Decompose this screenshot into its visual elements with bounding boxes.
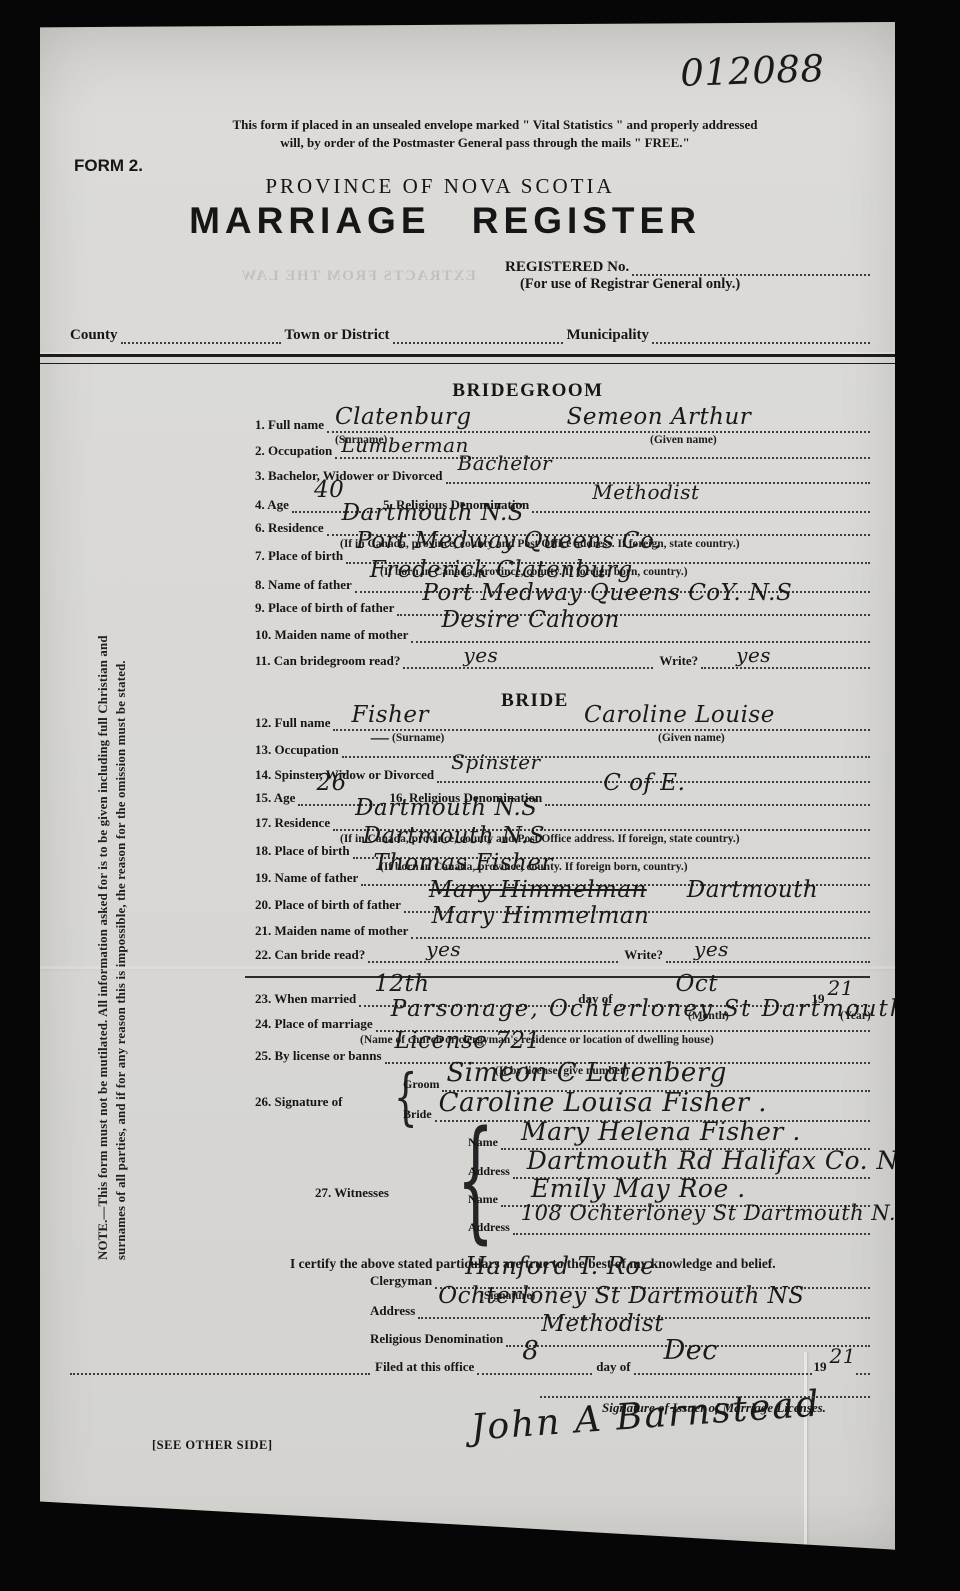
registered-no-label: REGISTERED No. (505, 259, 632, 276)
field-label: 9. Place of birth of father (255, 600, 397, 616)
year-prefix: 19 (812, 1359, 830, 1375)
handwritten-value: yes (736, 645, 771, 665)
filed-month: Dec (664, 1337, 718, 1364)
field-label: 2. Occupation (255, 443, 335, 459)
page-title: MARRIAGE REGISTER (189, 200, 701, 242)
municipality-label: Municipality (563, 327, 653, 344)
handwritten-value: Port Medway Queens CoY. N.S (422, 582, 792, 605)
province-heading: PROVINCE OF NOVA SCOTIA (265, 174, 614, 199)
handwritten-value: yes (463, 645, 498, 665)
handwritten-value: Dartmouth N.S (355, 797, 537, 820)
handwritten-value: Port Medway Queens Co. (356, 530, 662, 553)
county-label: County (70, 327, 121, 344)
field-label: Write? (618, 947, 666, 963)
handwritten-value: 40 (314, 479, 344, 502)
groom-label: Groom (403, 1077, 442, 1092)
field-label: 4. Age (255, 497, 292, 513)
field-label: 3. Bachelor, Widower or Divorced (255, 468, 446, 484)
registrar-only-note: (For use of Registrar General only.) (520, 276, 740, 293)
handwritten-value: Semeon Arthur (567, 406, 752, 429)
field-label: 1. Full name (255, 417, 327, 433)
handwritten-value: yes (694, 939, 729, 959)
field-label: 7. Place of birth (255, 548, 346, 564)
field-label: 20. Place of birth of father (255, 897, 404, 913)
issuer-caption: Signature of Issuer of Marriage Licenses… (602, 1400, 826, 1416)
form-number: FORM 2. (74, 156, 143, 176)
field-label: 6. Residence (255, 520, 327, 536)
field-label: 21. Maiden name of mother (255, 923, 411, 939)
witnesses-label: 27. Witnesses (315, 1185, 389, 1201)
witness-name-label: Name (468, 1135, 501, 1150)
handwritten-value: 26 (316, 772, 346, 795)
clergyman-signature: Hanford T. Roe (465, 1254, 655, 1278)
handwritten-value: Clatenburg (335, 406, 472, 429)
field-label: 22. Can bride read? (255, 947, 368, 963)
issuer-signature-line (540, 1396, 870, 1398)
handwritten-value: Mary Himmelman (431, 905, 649, 928)
serial-number: 012088 (680, 25, 960, 92)
religious-denomination-label: Religious Denomination (370, 1331, 506, 1347)
witness1-name: Mary Helena Fisher . (521, 1119, 801, 1144)
witness2-address: 108 Ochterloney St Dartmouth N.S. (521, 1203, 918, 1224)
witness-name-label: Name (468, 1192, 501, 1207)
field-label: 15. Age (255, 790, 298, 806)
filed-label: Filed at this office (370, 1359, 477, 1375)
handwritten-value-struck: Mary Himmelman (429, 879, 647, 902)
handwritten-value: yes (426, 939, 461, 959)
handwritten-value: Caroline Louise (584, 704, 775, 727)
mailing-note-line2: will, by order of the Postmaster General… (280, 135, 689, 151)
handwritten-value: Lumberman (341, 435, 469, 455)
handwritten-value: Dartmouth N.S (342, 502, 524, 525)
handwritten-value: Thomas Fisher (373, 852, 553, 875)
bridegroom-heading: BRIDEGROOM (452, 380, 603, 402)
handwritten-value: Spinster (451, 752, 540, 772)
handwritten-value: Bachelor (458, 453, 553, 473)
handwritten-value: C of E. (603, 772, 685, 795)
clergyman-label: Clergyman (370, 1273, 435, 1289)
filed-year: 21 (830, 1346, 856, 1366)
field-label: 13. Occupation (255, 742, 342, 758)
handwritten-value: Parsonage, Ochterloney St Dartmouth. N.S (391, 998, 960, 1021)
witness2-name: Emily May Roe . (531, 1176, 746, 1201)
field-label: 12. Full name (255, 715, 333, 731)
field-label: 19. Name of father (255, 870, 361, 886)
witness-address-label: Address (468, 1220, 513, 1235)
field-label: 8. Name of father (255, 577, 355, 593)
field-label: 11. Can bridegroom read? (255, 653, 403, 669)
handwritten-value: Desire Cahoon (441, 609, 619, 632)
section-divider (40, 354, 895, 364)
field-label: 17. Residence (255, 815, 333, 831)
mailing-note-line1: This form if placed in an unsealed envel… (233, 117, 758, 133)
clergyman-address-label: Address (370, 1303, 418, 1319)
handwritten-value: 12th (374, 973, 429, 996)
field-label: Write? (653, 653, 701, 669)
filed-day: 8 (522, 1338, 539, 1364)
section-divider (245, 976, 870, 978)
handwritten-value: Fisher (351, 704, 429, 727)
field-label: 18. Place of birth (255, 843, 353, 859)
handwritten-value: Dartmouth (687, 879, 818, 902)
field-label: 25. By license or banns (255, 1048, 385, 1064)
field-label: 24. Place of marriage (255, 1016, 376, 1032)
handwritten-value: — (370, 727, 391, 747)
witness1-address: Dartmouth Rd Halifax Co. N.S. (527, 1148, 931, 1173)
scan-edge-black-bar (0, 0, 205, 26)
municipality-line (652, 342, 870, 344)
signature-of-label: 26. Signature of (255, 1094, 343, 1110)
handwritten-value: Methodist (592, 482, 699, 502)
handwritten-value: Oct (676, 973, 718, 996)
handwritten-value: License 721 (395, 1030, 541, 1053)
town-label: Town or District (281, 327, 393, 344)
handwritten-value: Dartmouth N.S (363, 825, 545, 848)
county-line (121, 342, 281, 344)
fold-crease (40, 966, 895, 969)
town-line (393, 342, 563, 344)
field-label: 10. Maiden name of mother (255, 627, 411, 643)
handwritten-value: 21 (828, 978, 854, 998)
side-note-line2: surnames of all parties, and if for any … (114, 660, 129, 1260)
bride-label: Bride (403, 1107, 435, 1122)
field-label: 23. When married (255, 991, 359, 1007)
groom-signature: Simeon C Latenberg (446, 1060, 726, 1086)
marriage-register-form: EXTRACTS FROM THE LAW 012088 This form i… (40, 22, 895, 1552)
bleedthrough-text: EXTRACTS FROM THE LAW (240, 268, 476, 285)
witness-address-label: Address (468, 1164, 513, 1179)
field-label: day of (592, 1359, 633, 1375)
dotted-line (70, 1373, 370, 1375)
clergyman-denomination: Methodist (541, 1313, 664, 1336)
side-note-line1: NOTE.—This form must not be mutilated. A… (96, 635, 111, 1260)
see-other-side-note: [SEE OTHER SIDE] (152, 1438, 273, 1453)
clergyman-address: Ochterloney St Dartmouth NS (438, 1285, 804, 1308)
handwritten-value: Frederick Clatenburg (370, 559, 633, 582)
